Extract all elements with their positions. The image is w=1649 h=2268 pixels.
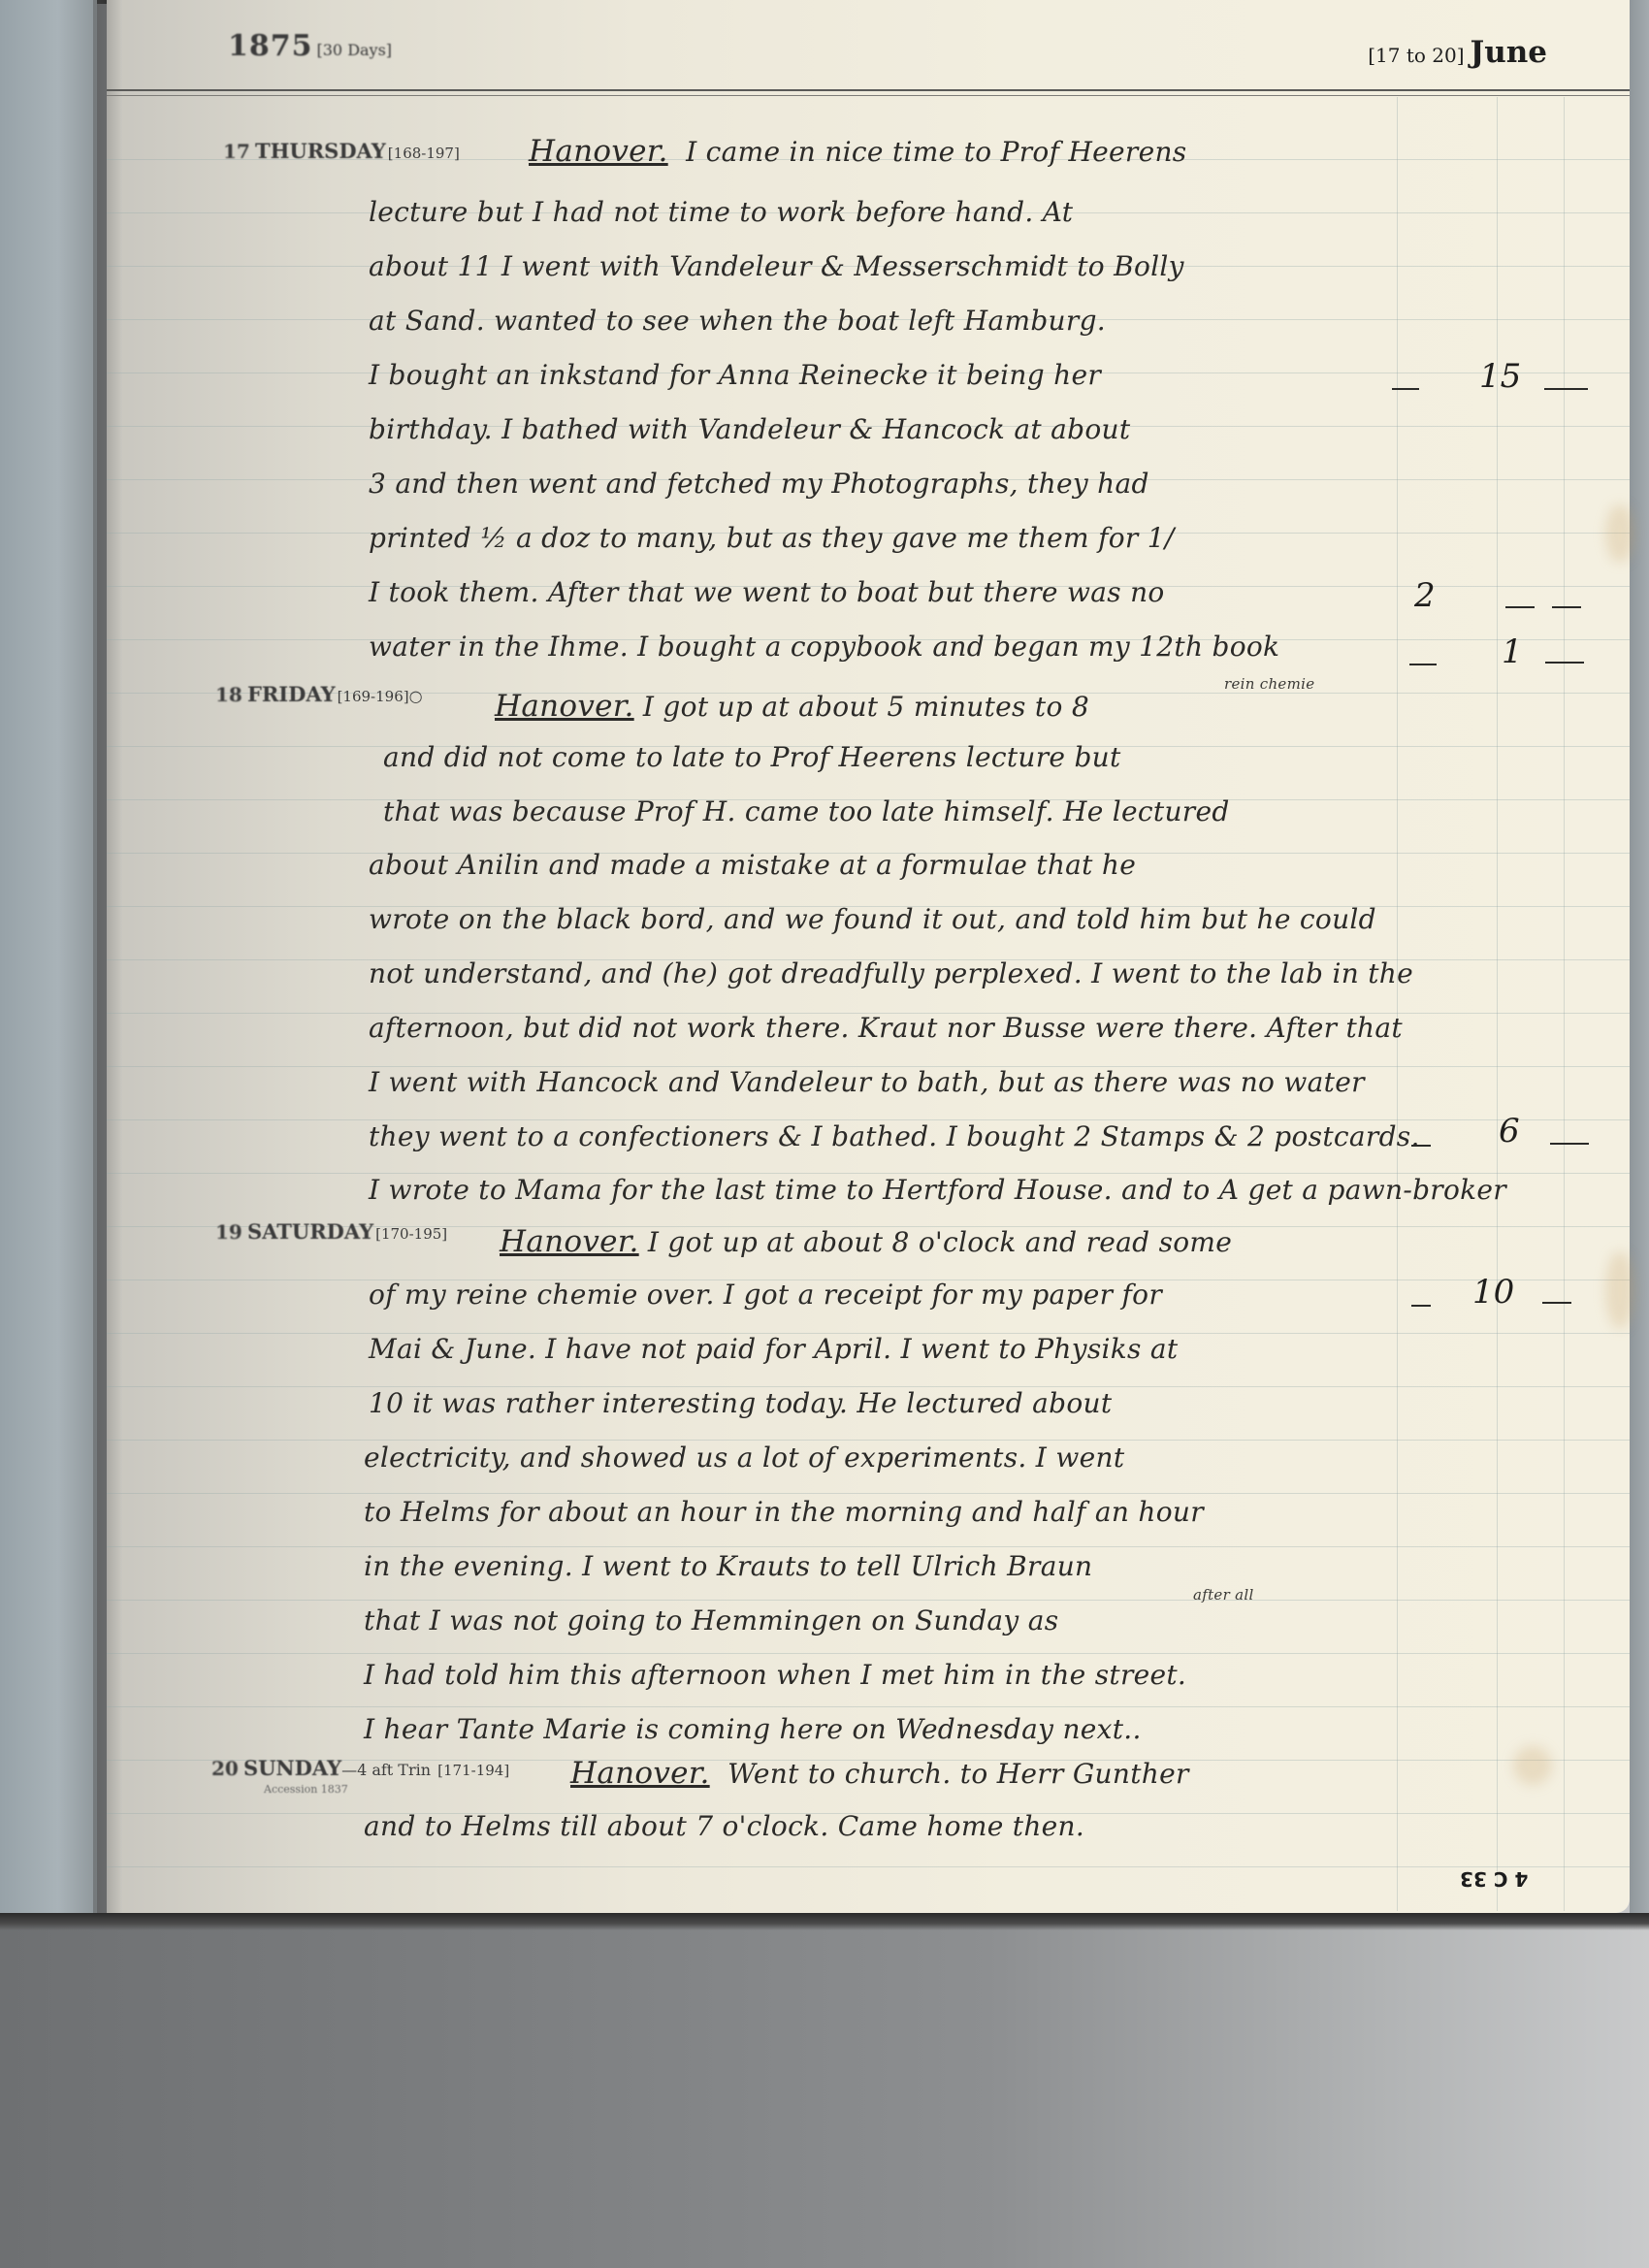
amount-dash (1542, 1302, 1571, 1304)
paper-stain (1605, 504, 1634, 563)
entry-line: in the evening. I went to Krauts to tell… (364, 1550, 1092, 1582)
day-label-saturday: 19 SATURDAY[170-195] (215, 1219, 447, 1244)
amount-value: 10 (1472, 1273, 1514, 1312)
amount-value: 2 (1414, 576, 1436, 615)
year-text: 1875 (228, 29, 313, 63)
entry-line: afternoon, but did not work there. Kraut… (369, 1012, 1403, 1044)
day-number: 19 (215, 1220, 242, 1244)
amount-dash (1409, 664, 1437, 665)
day-name: FRIDAY (247, 682, 336, 706)
entry-line: 3 and then went and fetched my Photograp… (369, 468, 1149, 500)
line-text: I got up at about 5 minutes to 8 (643, 691, 1089, 723)
amount-dash (1545, 662, 1584, 664)
day-range: [168-197] (388, 145, 460, 162)
entry-line: I had told him this afternoon when I met… (364, 1659, 1186, 1691)
entry-line: lecture but I had not time to work befor… (369, 196, 1073, 228)
page-bottom-edge (0, 1913, 1649, 1930)
entry-line: about 11 I went with Vandeleur & Messers… (369, 250, 1184, 282)
entry-line: birthday. I bathed with Vandeleur & Hanc… (369, 413, 1130, 445)
amount-dash (1552, 606, 1581, 608)
entry-line: that was because Prof H. came too late h… (383, 795, 1230, 827)
entry-line: Hanover. I came in nice time to Prof Hee… (529, 134, 1186, 169)
entry-line: Hanover. I got up at about 8 o'clock and… (500, 1224, 1232, 1259)
entry-line: Mai & June. I have not paid for April. I… (369, 1333, 1178, 1365)
day-subnote: Accession 1837 (264, 1783, 348, 1796)
liturgical-note: —4 aft Trin (341, 1761, 431, 1779)
range-text: [17 to 20] (1368, 44, 1464, 67)
interlinear-note: rein chemie (1224, 675, 1314, 693)
moon-phase-icon: ○ (409, 687, 423, 705)
entry-line: I bought an inkstand for Anna Reinecke i… (369, 359, 1101, 391)
entry-line: I hear Tante Marie is coming here on Wed… (364, 1713, 1142, 1745)
line-text: I came in nice time to Prof Heerens (686, 136, 1186, 168)
money-column-line (1564, 97, 1565, 1911)
place-name: Hanover. (495, 689, 634, 724)
amount-dash (1550, 1143, 1589, 1145)
entry-line: I went with Hancock and Vandeleur to bat… (369, 1066, 1365, 1098)
entry-line: wrote on the black bord, and we found it… (369, 903, 1376, 935)
page-right-edge (1630, 0, 1649, 1913)
month-text: June (1471, 35, 1547, 70)
entry-line: Hanover. I got up at about 5 minutes to … (495, 689, 1089, 724)
day-range: [170-195] (375, 1225, 447, 1243)
amount-value: 1 (1502, 632, 1523, 671)
day-name: SATURDAY (247, 1219, 373, 1244)
entry-line: to Helms for about an hour in the mornin… (364, 1496, 1204, 1528)
entry-line: I wrote to Mama for the last time to Her… (369, 1174, 1506, 1206)
day-label-thursday: 17 THURSDAY[168-197] (223, 139, 460, 163)
place-name: Hanover. (500, 1224, 639, 1259)
entry-line: about Anilin and made a mistake at a for… (369, 849, 1136, 881)
entry-line: of my reine chemie over. I got a receipt… (369, 1279, 1162, 1311)
entry-line: electricity, and showed us a lot of expe… (364, 1442, 1124, 1474)
entry-line: not understand, and (he) got dreadfully … (369, 957, 1413, 989)
day-range: [171-194] (437, 1762, 509, 1779)
printer-stamp: 4 C 33 (1460, 1867, 1528, 1891)
line-text: I got up at about 8 o'clock and read som… (648, 1226, 1232, 1258)
days-note: [30 Days] (317, 41, 393, 59)
day-name: SUNDAY (243, 1756, 341, 1780)
day-number: 18 (215, 683, 242, 706)
paper-stain (1513, 1746, 1552, 1785)
book-spine (0, 0, 97, 1916)
day-number: 17 (223, 140, 250, 163)
money-column-line (1397, 97, 1398, 1911)
header-rule (107, 95, 1630, 96)
entry-line: I took them. After that we went to boat … (369, 576, 1165, 608)
day-number: 20 (211, 1757, 239, 1780)
paper-stain (1605, 1251, 1634, 1329)
amount-dash (1411, 1145, 1431, 1147)
amount-value: 15 (1479, 357, 1521, 396)
entry-line: at Sand. wanted to see when the boat lef… (369, 305, 1106, 337)
header-date-range: [17 to 20]June (1368, 35, 1547, 70)
entry-line: that I was not going to Hemmingen on Sun… (364, 1604, 1058, 1636)
entry-line: and did not come to late to Prof Heerens… (383, 741, 1121, 773)
amount-dash (1411, 1305, 1431, 1307)
entry-line: water in the Ihme. I bought a copybook a… (369, 631, 1279, 663)
interlinear-note: after all (1193, 1586, 1254, 1604)
day-range: [169-196] (338, 688, 409, 705)
amount-dash (1544, 388, 1588, 390)
header-rule (107, 89, 1630, 91)
place-name: Hanover. (570, 1756, 710, 1791)
amount-dash (1392, 388, 1419, 390)
day-label-friday: 18 FRIDAY[169-196]○ (215, 682, 423, 706)
place-name: Hanover. (529, 134, 668, 169)
entry-line: printed ½ a doz to many, but as they gav… (369, 522, 1175, 554)
entry-line: 10 it was rather interesting today. He l… (369, 1387, 1112, 1419)
day-name: THURSDAY (255, 139, 386, 163)
day-label-sunday: 20 SUNDAY—4 aft Trin [171-194] (211, 1756, 509, 1780)
entry-line: and to Helms till about 7 o'clock. Came … (364, 1810, 1084, 1842)
header-year: 1875[30 Days] (228, 29, 392, 63)
entry-line: they went to a confectioners & I bathed.… (369, 1120, 1420, 1152)
amount-dash (1505, 606, 1535, 608)
amount-value: 6 (1499, 1112, 1520, 1150)
entry-line: Hanover. Went to church. to Herr Gunther (570, 1756, 1189, 1791)
line-text: Went to church. to Herr Gunther (727, 1758, 1189, 1790)
